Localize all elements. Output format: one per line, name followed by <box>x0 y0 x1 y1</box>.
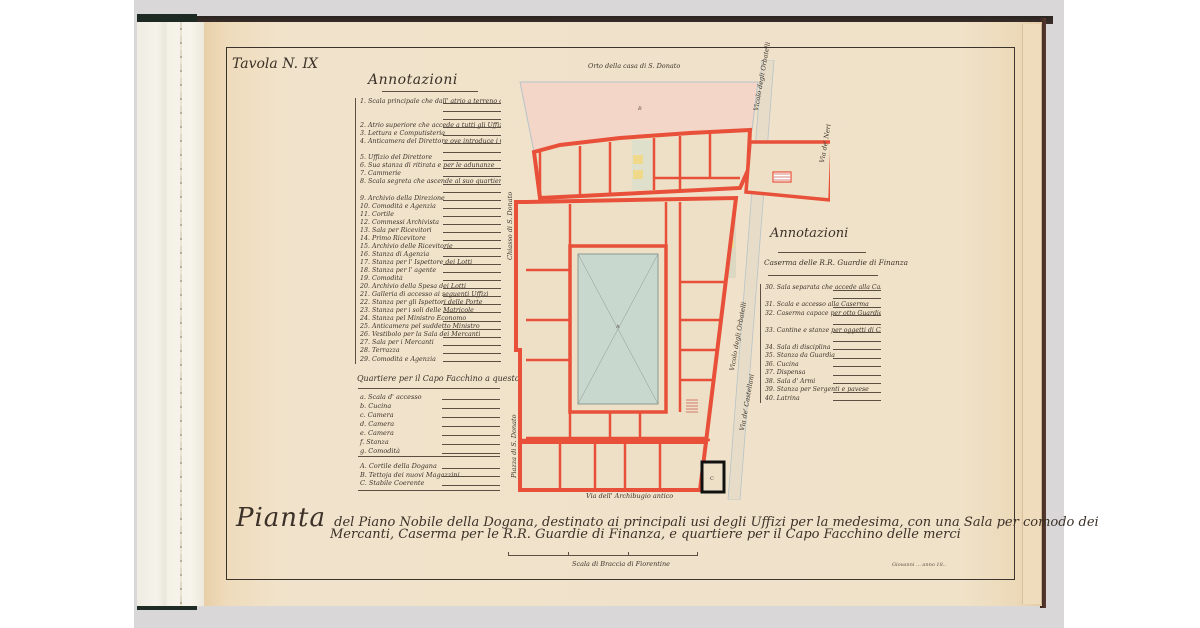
street-label-bottom: Via dell' Archibugio antico <box>586 492 673 500</box>
annotation-item: 13. Sala per Ricevitori <box>356 227 501 235</box>
plan-title-word: Pianta <box>236 503 326 533</box>
title-underline <box>382 91 478 92</box>
left-page-stack <box>137 22 204 606</box>
annotation-item-cont <box>356 187 501 195</box>
svg-text:A: A <box>615 324 620 330</box>
legend-list: A. Cortile della Dogana B. Tettoja dei n… <box>356 462 500 488</box>
annotation-item: c. Camera <box>356 411 500 420</box>
annotation-item: 24. Stanza pel Ministro Economo <box>356 315 501 323</box>
annotation-item: d. Camera <box>356 420 500 429</box>
annotations-left-list: 1. Scala principale che dall' atrio a te… <box>355 98 501 364</box>
capo-facchino-list: a. Scala d' accesso b. Cucina c. Camera … <box>356 393 500 456</box>
book-spine-binding <box>180 22 182 606</box>
annotation-item: 22. Stanza per gli Ispettori delle Porte <box>356 299 501 307</box>
annotation-item: 15. Archivio delle Ricevitorie <box>356 243 501 251</box>
annotation-item: 7. Cammerie <box>356 170 501 178</box>
annotation-item: 28. Terrazza <box>356 347 501 355</box>
annotation-item: g. Comodità <box>356 447 500 456</box>
annotation-item: 26. Vestibolo per la Sala dei Mercanti <box>356 331 501 339</box>
annotation-item: 12. Commessi Archivista <box>356 219 501 227</box>
annotation-item: f. Stanza <box>356 438 500 447</box>
annotation-item-cont <box>356 106 501 114</box>
author-signature: Giovanni ... anno 18.. <box>892 562 946 568</box>
street-label-chiasso: Chiasso di S. Donato <box>506 192 514 260</box>
annotation-item: 21. Galleria di accesso ai seguenti Uffi… <box>356 291 501 299</box>
plan-title-line-2: Mercanti, Caserma per le R.R. Guardie di… <box>330 527 961 542</box>
annotation-item: e. Camera <box>356 429 500 438</box>
annotation-item: 18. Stanza per l' agente <box>356 267 501 275</box>
annotation-item: 10. Comodità e Agenzia <box>356 203 501 211</box>
legend-item: B. Tettoja dei nuovi Magazzini <box>356 471 500 480</box>
svg-text:C: C <box>710 476 714 482</box>
annotation-item: 19. Comodità <box>356 275 501 283</box>
annotation-item: 20. Archivio della Spesa dei Lotti <box>356 283 501 291</box>
annotation-item: b. Cucina <box>356 402 500 411</box>
annotation-item: 6. Sua stanza di ritirata e per le aduna… <box>356 162 501 170</box>
annotation-item: 23. Stanza per i soli delle Matricole <box>356 307 501 315</box>
annotation-item: 16. Stanza di Agenzia <box>356 251 501 259</box>
annotation-item: 3. Lettura e Computisteria <box>356 130 501 138</box>
plate-number: Tavola N. IX <box>232 56 318 72</box>
annotation-item: 14. Primo Ricevitore <box>356 235 501 243</box>
annotation-item: 8. Scala segreta che ascende al suo quar… <box>356 178 501 186</box>
annotation-item: 2. Atrio superiore che accede a tutti gl… <box>356 122 501 130</box>
annotation-item-cont <box>356 114 501 122</box>
street-label-top: Orto della casa di S. Donato <box>588 62 680 70</box>
legend-item: C. Stabile Coerente <box>356 479 500 488</box>
annotation-item: 17. Stanza per l' Ispettore dei Lotti <box>356 259 501 267</box>
street-label-piazza: Piazza di S. Donato <box>510 415 518 479</box>
legend-end-rule <box>358 490 500 491</box>
annotation-item-cont <box>356 146 501 154</box>
scale-bar <box>508 555 698 556</box>
legend-item: A. Cortile della Dogana <box>356 462 500 471</box>
room-atrio <box>632 140 654 190</box>
floor-plan: B A <box>500 60 830 500</box>
scale-label: Scala di Braccia di Fiorentine <box>572 560 670 568</box>
svg-text:B: B <box>637 106 642 112</box>
legend-separator <box>358 456 500 457</box>
annotation-item: 4. Anticamera del Direttore ove introduc… <box>356 138 501 146</box>
annotation-item: a. Scala d' accesso <box>356 393 500 402</box>
annotation-item: 1. Scala principale che dall' atrio a te… <box>356 98 501 106</box>
south-wing <box>520 442 706 490</box>
annotation-item: 9. Archivio della Direzione <box>356 195 501 203</box>
annotations-left-title: Annotazioni <box>368 72 458 88</box>
caserma-east-wing <box>746 142 830 200</box>
annotation-item: 5. Uffizio del Direttore <box>356 154 501 162</box>
annotation-item: 29. Comodità e Agenzia <box>356 356 501 364</box>
subsection-rule <box>358 388 500 389</box>
annotation-item: 27. Sala per i Mercanti <box>356 339 501 347</box>
annotation-item: 11. Cortile <box>356 211 501 219</box>
annotation-item: 25. Anticamera pel suddetto Ministro <box>356 323 501 331</box>
